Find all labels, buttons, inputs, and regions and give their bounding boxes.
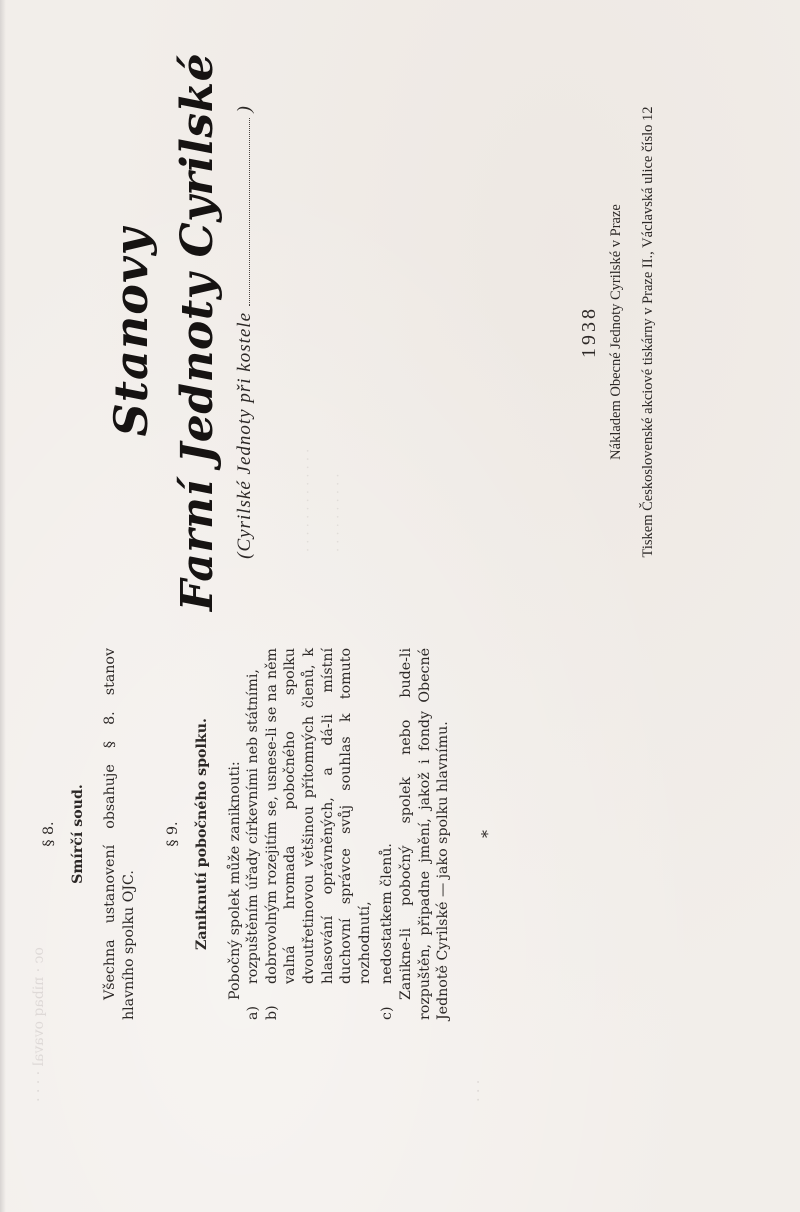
list-item: a) rozpuštěním úřady církevními neb stát… bbox=[244, 648, 263, 1020]
list-item: c) nedostatkem členů. bbox=[378, 648, 397, 1020]
publisher-line: Nákladem Obecné Jednoty Cyrilské v Praze bbox=[608, 52, 625, 612]
end-mark: * bbox=[479, 648, 498, 1020]
section-number: § 9. bbox=[164, 648, 183, 1020]
section-heading: Smírčí soud. bbox=[69, 648, 88, 1020]
list-item-label: c) bbox=[378, 1007, 397, 1020]
title-main: Farní Jednoty Cyrilské bbox=[172, 52, 223, 612]
blank-fill-line bbox=[235, 118, 250, 306]
dissolution-conditions-list: a) rozpuštěním úřady církevními neb stát… bbox=[244, 648, 397, 1020]
title-stanovy: Stanovy bbox=[104, 52, 158, 612]
publication-year: 1938 bbox=[578, 52, 601, 612]
bleed-through-text: · · · · · · · · · · bbox=[330, 473, 348, 552]
title-page: · · · · · · · · · · · · · · · · · · · · … bbox=[0, 0, 800, 612]
section-number: § 8. bbox=[40, 648, 59, 1020]
section-intro: Pobočný spolek může zaniknouti: bbox=[226, 648, 245, 1020]
subtitle-prefix: (Cyrilské Jednoty při kostele bbox=[234, 312, 255, 559]
list-item: b) dobrovolným rozejitím se, usnese-li s… bbox=[263, 648, 375, 1020]
bleed-through-text: · · · bbox=[470, 1080, 489, 1102]
list-item-label: a) bbox=[244, 1006, 263, 1020]
subtitle-suffix: ) bbox=[234, 105, 255, 112]
statute-page: § 8. Smírčí soud. Všechna ustanovení obs… bbox=[40, 648, 497, 1020]
section-closing: Zanikne-li pobočný spolek nebo bude-li r… bbox=[397, 648, 453, 1020]
list-item-text: rozpuštěním úřady církevními neb státním… bbox=[245, 669, 261, 984]
bleed-through-text: · · · · · · · · · · · · · bbox=[300, 449, 318, 552]
section-text: Všechna ustanovení obsahuje § 8. stanov … bbox=[101, 648, 138, 1020]
list-item-text: dobrovolným rozejitím se, usnese-li se n… bbox=[264, 648, 373, 984]
section-heading: Zaniknutí pobočného spolku. bbox=[193, 648, 212, 1020]
subtitle: (Cyrilské Jednoty při kostele ) bbox=[234, 52, 256, 612]
printer-line: Tiskem Československé akciové tiskárny v… bbox=[640, 52, 657, 612]
list-item-text: nedostatkem členů. bbox=[379, 843, 395, 984]
list-item-label: b) bbox=[263, 1005, 282, 1020]
scanned-booklet-spread: oc · nibaq ovaval · · · · · · · § 8. Smí… bbox=[0, 0, 800, 1212]
